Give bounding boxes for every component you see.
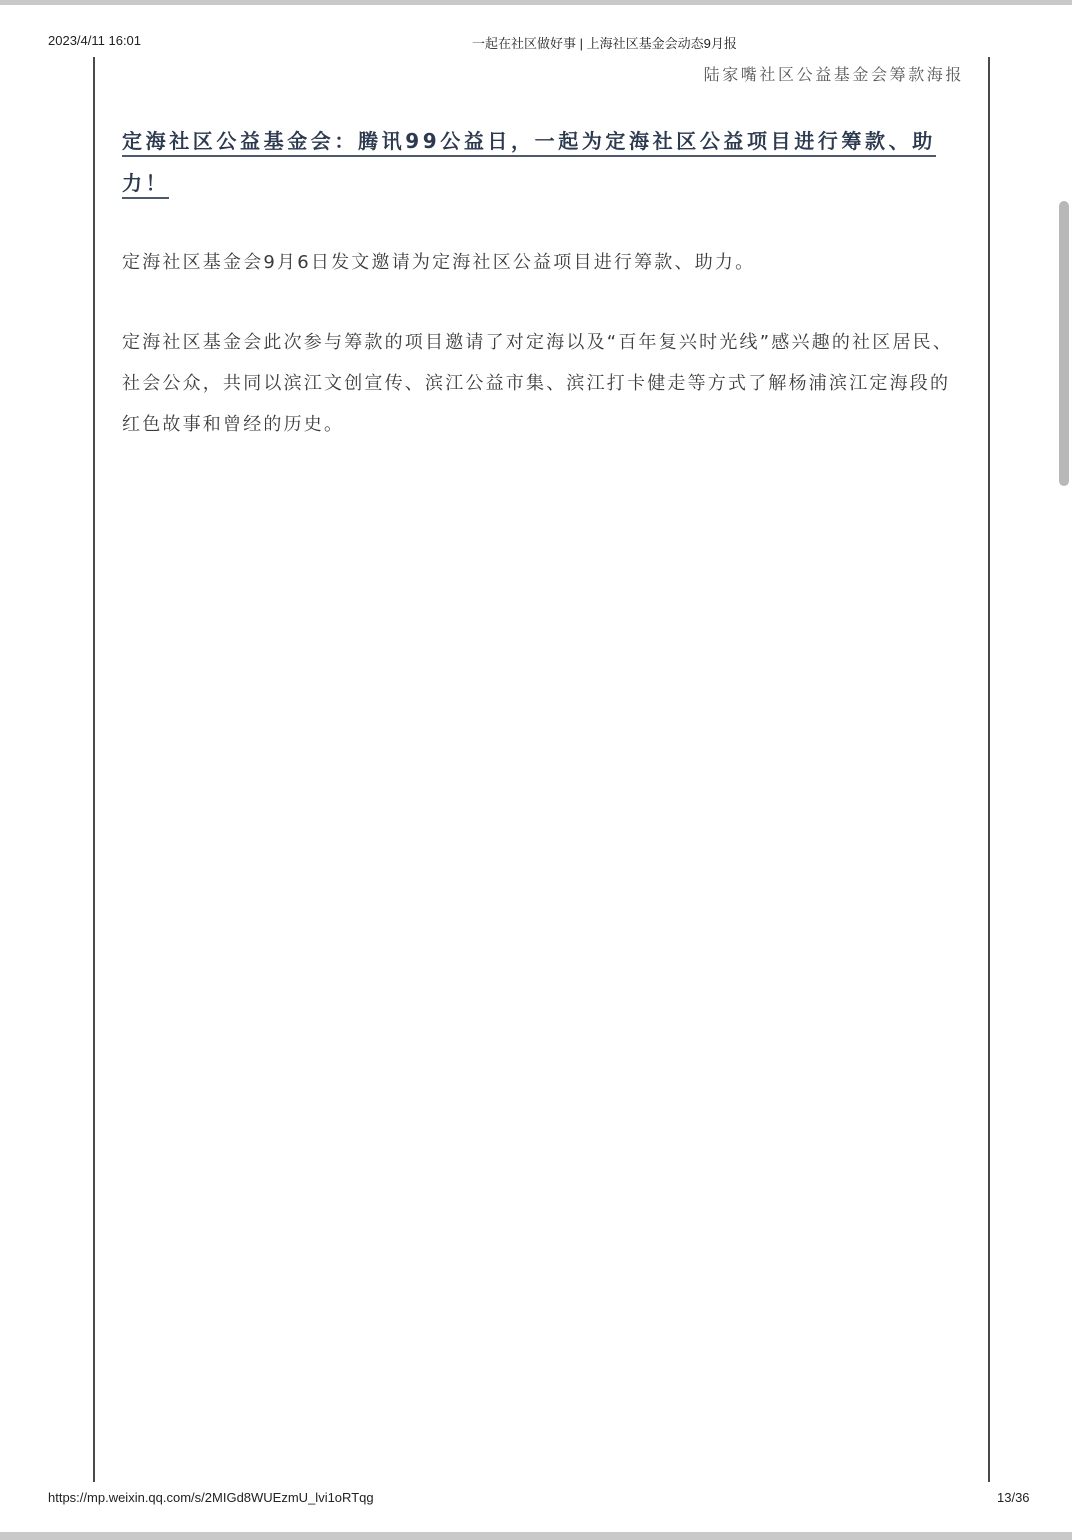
section-title: 定海社区公益基金会：腾讯99公益日，一起为定海社区公益项目进行筹款、助力！ [122,120,962,204]
content-frame-left-border [93,57,95,1482]
viewer-bottom-band [0,1532,1072,1540]
article-paragraph: 定海社区基金会9月6日发文邀请为定海社区公益项目进行筹款、助力。 [122,242,967,283]
print-url: https://mp.weixin.qq.com/s/2MIGd8WUEzmU_… [48,1490,374,1505]
viewer-top-band [0,0,1072,5]
print-date-time: 2023/4/11 16:01 [48,33,141,48]
section-title-text: 定海社区公益基金会：腾讯99公益日，一起为定海社区公益项目进行筹款、助力！ [122,129,936,199]
scrollbar-thumb[interactable] [1059,201,1069,486]
page-indicator: 13/36 [997,1490,1030,1505]
print-document-title: 一起在社区做好事 | 上海社区基金会动态9月报 [472,33,737,52]
content-frame-right-border [988,57,990,1482]
article-paragraph: 定海社区基金会此次参与筹款的项目邀请了对定海以及“百年复兴时光线”感兴趣的社区居… [122,322,967,445]
image-caption: 陆家嘴社区公益基金会筹款海报 [704,62,964,85]
